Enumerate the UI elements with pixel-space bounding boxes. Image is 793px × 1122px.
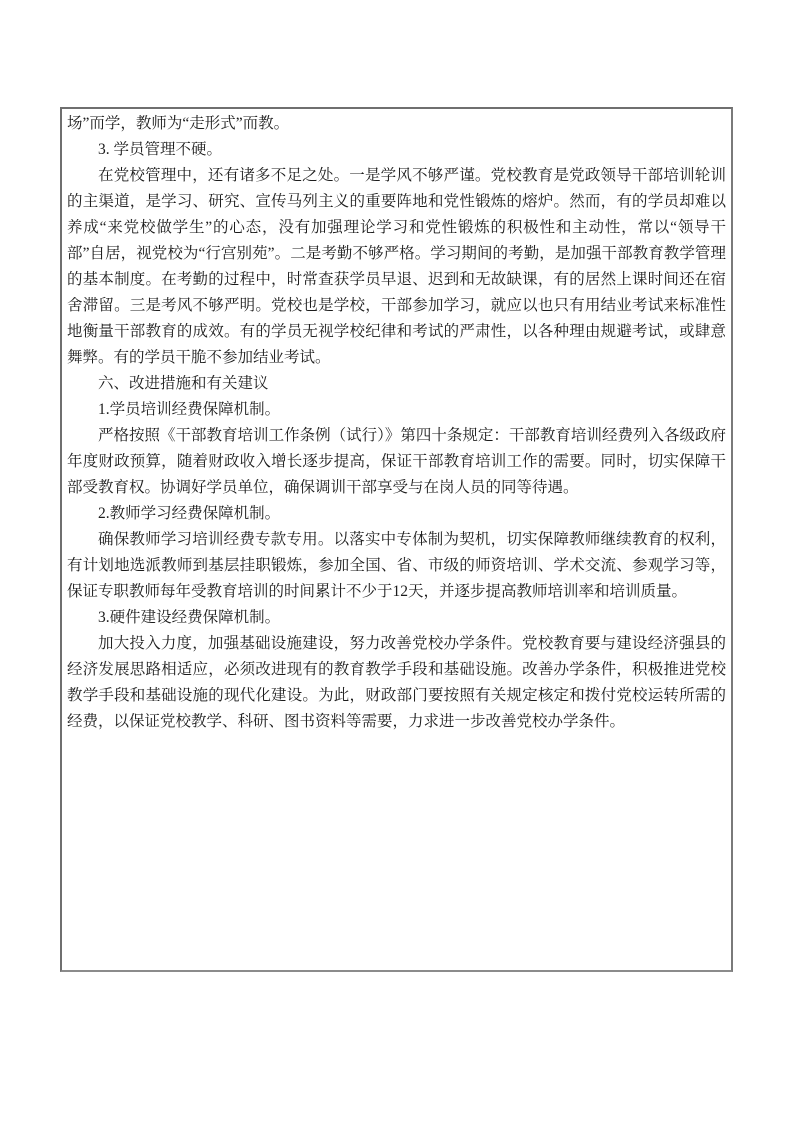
item-3-heading: 3.硬件建设经费保障机制。 — [67, 605, 726, 631]
para-school-management-problems: 在党校管理中，还有诸多不足之处。一是学风不够严谨。党校教育是党政领导干部培训轮训… — [67, 163, 726, 371]
item-2-heading: 2.教师学习经费保障机制。 — [67, 501, 726, 527]
para-continuation: 场”而学，教师为“走形式”而教。 — [67, 111, 726, 137]
section-6-heading: 六、改进措施和有关建议 — [67, 371, 726, 397]
para-hardware-construction-funding: 加大投入力度，加强基础设施建设，努力改善党校办学条件。党校教育要与建设经济强县的… — [67, 631, 726, 735]
item-3-management-heading: 3. 学员管理不硬。 — [67, 137, 726, 163]
table-cell: 场”而学，教师为“走形式”而教。 3. 学员管理不硬。 在党校管理中，还有诸多不… — [60, 107, 733, 972]
document-page: 场”而学，教师为“走形式”而教。 3. 学员管理不硬。 在党校管理中，还有诸多不… — [0, 0, 793, 1122]
para-student-training-funding: 严格按照《干部教育培训工作条例（试行）》第四十条规定：干部教育培训经费列入各级政… — [67, 423, 726, 501]
para-teacher-study-funding: 确保教师学习培训经费专款专用。以落实中专体制为契机，切实保障教师继续教育的权利，… — [67, 527, 726, 605]
item-1-heading: 1.学员培训经费保障机制。 — [67, 397, 726, 423]
